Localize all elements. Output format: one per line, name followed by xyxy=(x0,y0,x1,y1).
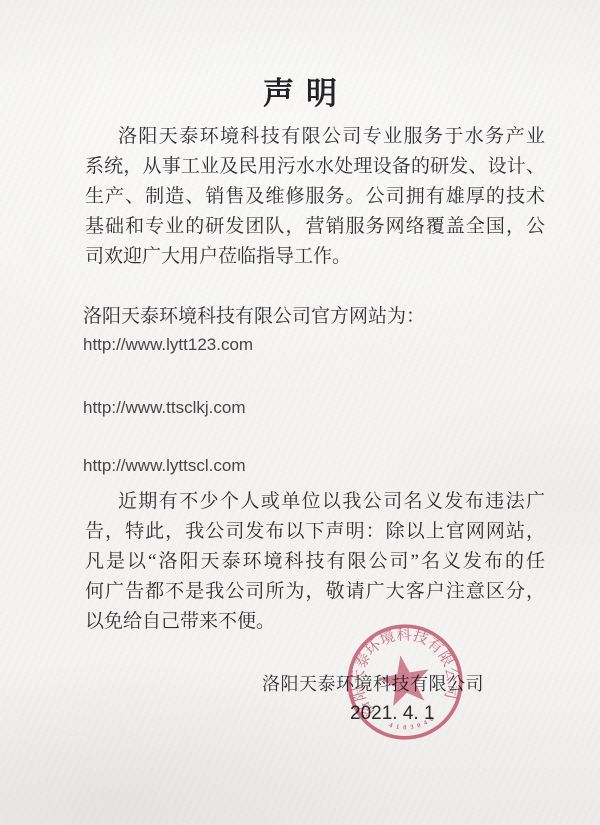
paragraph-line: 系统，从事工业及民用污水水处理设备的研发、设计、 xyxy=(85,152,545,182)
paragraph-line: 司欢迎广大用户莅临指导工作。 xyxy=(85,242,545,272)
website-url: http://www.ttsclkj.com xyxy=(83,397,245,419)
websites-intro: 洛阳天泰环境科技有限公司官方网站为： xyxy=(83,303,425,331)
website-url: http://www.lytt123.com xyxy=(83,334,253,356)
paragraph-line: 生产、制造、销售及维修服务。公司拥有雄厚的技术 xyxy=(85,182,545,212)
paragraph-line: 洛阳天泰环境科技有限公司专业服务于水务产业 xyxy=(85,122,545,152)
paragraph-line: 基础和专业的研发团队，营销服务网络覆盖全国，公 xyxy=(85,212,545,242)
paragraph-line: 告，特此，我公司发布以下声明：除以上官网网站， xyxy=(85,517,545,547)
paragraph-line: 近期有不少个人或单位以我公司名义发布违法广 xyxy=(85,487,545,517)
paragraph-line: 凡是以“洛阳天泰环境科技有限公司”名义发布的任 xyxy=(85,547,545,577)
paragraph-line: 何广告都不是我公司所为，敬请广大客户注意区分， xyxy=(85,577,545,607)
paragraph-disclaimer: 近期有不少个人或单位以我公司名义发布违法广 告，特此，我公司发布以下声明：除以上… xyxy=(85,487,545,637)
paragraph-opening: 洛阳天泰环境科技有限公司专业服务于水务产业 系统，从事工业及民用污水水处理设备的… xyxy=(85,122,545,272)
seal-star-icon xyxy=(375,651,434,708)
document-title: 声明 xyxy=(0,68,600,113)
scanned-document: 声明 洛阳天泰环境科技有限公司专业服务于水务产业 系统，从事工业及民用污水水处理… xyxy=(0,0,600,825)
website-url: http://www.lyttscl.com xyxy=(83,455,245,477)
company-seal: 洛阳天泰环境科技有限公司 4103040035882 xyxy=(333,610,477,754)
paragraph-line: 以免给自己带来不便。 xyxy=(85,607,545,637)
